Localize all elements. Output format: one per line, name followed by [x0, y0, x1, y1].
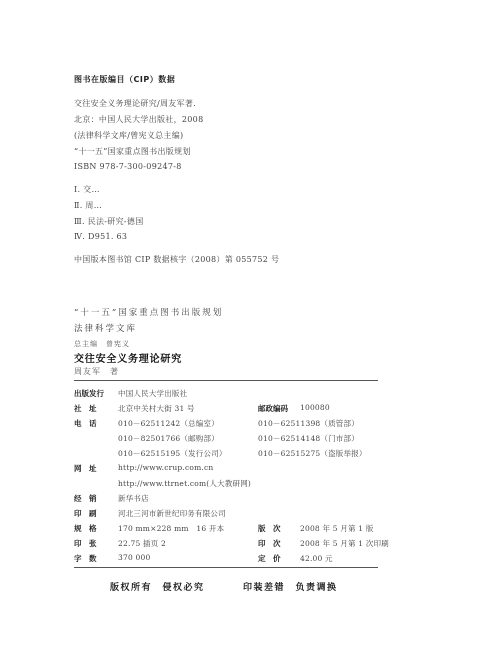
value-printer: 河北三河市新世纪印务有限公司 [118, 508, 226, 519]
label-format: 规 格 [74, 523, 97, 534]
divider-bottom [74, 567, 378, 568]
value-printing: 2008 年 5 月第 1 次印刷 [300, 538, 389, 549]
value-format: 170 mm×228 mm 16 开本 [118, 523, 224, 534]
label-word-count: 字 数 [74, 553, 97, 564]
value-website-2[interactable]: http://www.ttrnet.com(人大教研网) [118, 478, 251, 489]
cip-line: ISBN 978-7-300-09247-8 [74, 162, 182, 171]
label-sheets: 印 张 [74, 538, 97, 549]
classification-line: Ⅲ. 民法-研究-德国 [74, 216, 144, 227]
label-distributor: 经 销 [74, 493, 97, 504]
divider-top [74, 380, 378, 381]
label-edition: 版 次 [258, 523, 281, 534]
cip-line: “十一五”国家重点图书出版规划 [74, 146, 191, 157]
value-phone-2: 010－82501766（邮购部） [118, 433, 219, 444]
value-edition: 2008 年 5 月第 1 版 [300, 523, 374, 534]
cip-title: 图书在版编目（CIP）数据 [74, 74, 175, 85]
series-name: 法律科学文库 [74, 322, 137, 334]
label-postcode: 邮政编码 [258, 403, 288, 414]
cip-number: 中国版本图书馆 CIP 数据核字（2008）第 055752 号 [74, 254, 279, 265]
author: 周友军 著 [74, 366, 119, 377]
classification-line: Ⅳ. D951. 63 [74, 232, 127, 241]
book-title: 交往安全义务理论研究 [74, 350, 182, 365]
value-website-1[interactable]: http://www.crup.com.cn [118, 463, 213, 472]
value-publisher: 中国人民大学出版社 [118, 388, 187, 399]
chief-editor: 总主编 曾宪义 [74, 339, 130, 349]
cip-line: 交往安全义务理论研究/周友军著. [74, 98, 196, 109]
value-distributor: 新华书店 [118, 493, 149, 504]
copyright-notice: 版权所有 侵权必究 [110, 580, 205, 593]
label-website: 网 址 [74, 463, 97, 474]
value-phone-3: 010－62515195（发行公司） [118, 448, 227, 459]
value-word-count: 370 000 [118, 553, 150, 562]
cip-line: (法律科学文库/曾宪义总主编) [74, 130, 183, 141]
label-phone: 电 话 [74, 418, 97, 429]
classification-line: Ⅱ. 周… [74, 200, 102, 211]
label-price: 定 价 [258, 553, 281, 564]
value-phone-1: 010－62511242（总编室） [118, 418, 219, 429]
value-phone-piracy: 010－62515275（盗版举报） [258, 448, 367, 459]
label-address: 社 址 [74, 403, 97, 414]
value-address: 北京中关村大街 31 号 [118, 403, 195, 414]
misprint-notice: 印装差错 负责调换 [243, 580, 338, 593]
value-phone-qc: 010－62511398（质管部） [258, 418, 359, 429]
label-publisher: 出版发行 [74, 388, 104, 399]
classification-line: Ⅰ. 交… [74, 184, 100, 195]
value-sheets: 22.75 插页 2 [118, 538, 166, 549]
value-price: 42.00 元 [300, 553, 333, 564]
series-plan: “十一五”国家重点图书出版规划 [74, 306, 223, 318]
value-phone-store: 010－62514148（门市部） [258, 433, 359, 444]
label-printing: 印 次 [258, 538, 281, 549]
cip-line: 北京：中国人民大学出版社，2008 [74, 114, 203, 125]
label-printer: 印 刷 [74, 508, 97, 519]
value-postcode: 100080 [300, 403, 330, 412]
